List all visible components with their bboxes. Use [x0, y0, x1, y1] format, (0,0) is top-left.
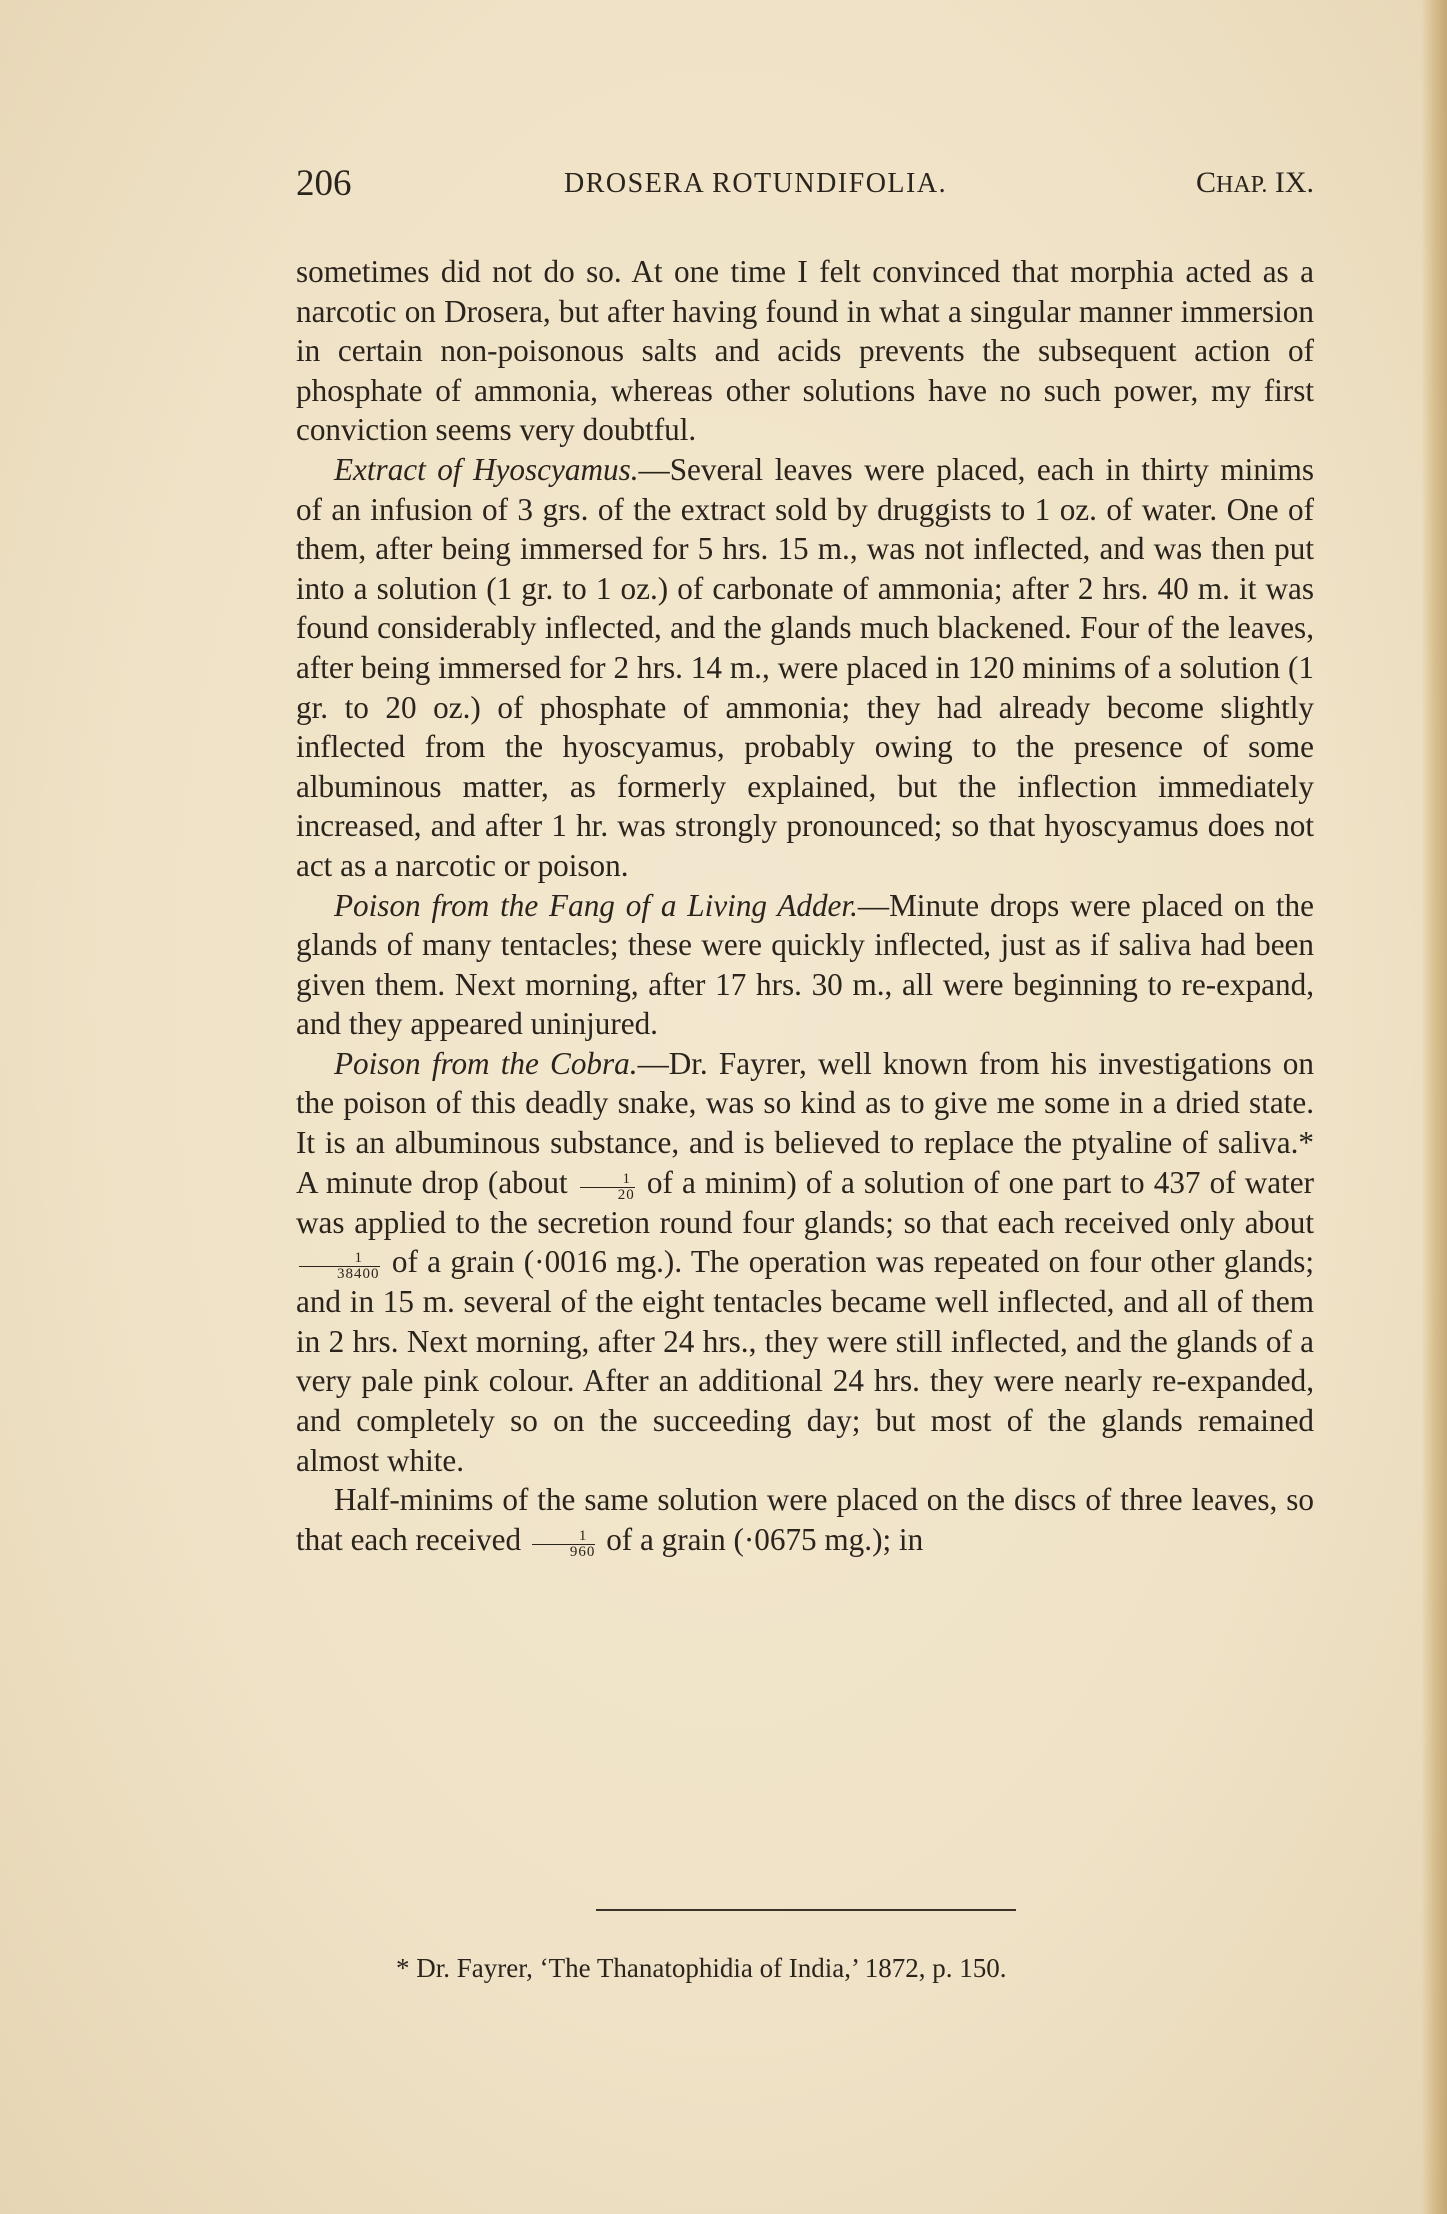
section-heading: Poison from the Fang of a Living Adder.: [334, 888, 858, 923]
fraction: 138400: [299, 1251, 380, 1282]
book-spine-shadow: [1421, 0, 1447, 2214]
page-header: 206 DROSERA ROTUNDIFOLIA. CHAP. IX.: [296, 160, 1316, 210]
page-number: 206: [296, 162, 352, 205]
chapter-label: CHAP. IX.: [1196, 166, 1314, 200]
running-title: DROSERA ROTUNDIFOLIA.: [564, 168, 947, 200]
footnote-marker: *: [396, 1953, 410, 1983]
body-text: sometimes did not do so. At one time I f…: [296, 252, 1314, 1560]
paragraph-half-minims: Half-minims of the same solution were pl…: [296, 1480, 1314, 1560]
fraction: 120: [580, 1172, 635, 1203]
footnote-text: Dr. Fayrer, ‘The Thanatophidia of India,…: [416, 1953, 1006, 1983]
paragraph-morphia: sometimes did not do so. At one time I f…: [296, 252, 1314, 450]
paragraph-adder: Poison from the Fang of a Living Adder.—…: [296, 886, 1314, 1044]
paragraph-hyoscyamus: Extract of Hyoscyamus.—Several leaves we…: [296, 450, 1314, 886]
footnote-divider: [596, 1909, 1016, 1911]
fraction: 1960: [532, 1529, 596, 1560]
section-heading: Extract of Hyoscyamus.: [334, 452, 639, 487]
section-heading: Poison from the Cobra.: [334, 1046, 638, 1081]
footnote: * Dr. Fayrer, ‘The Thanatophidia of Indi…: [396, 1953, 1007, 1984]
paragraph-cobra: Poison from the Cobra.—Dr. Fayrer, well …: [296, 1044, 1314, 1480]
